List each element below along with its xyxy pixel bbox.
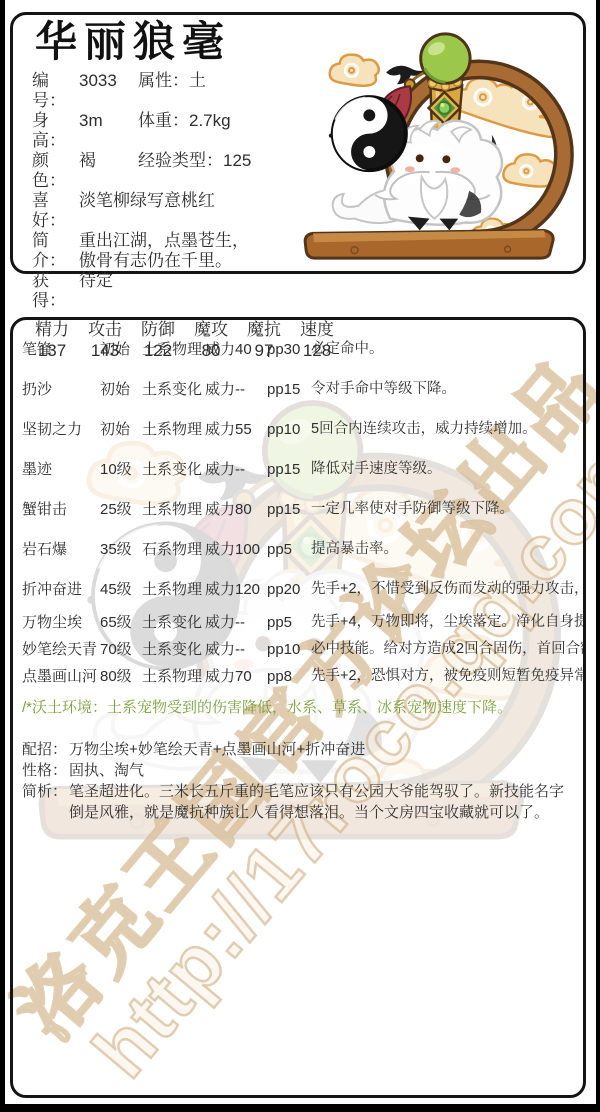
info-value: 3033: [79, 71, 138, 111]
stat-value: 122: [138, 341, 178, 360]
skill-name: 坚韧之力: [22, 416, 100, 443]
skill-description: 降低对手速度等级。: [311, 456, 448, 483]
skill-row: 蟹钳击 25级 土系物理 威力80 pp15 一定几率使对手防御等级下降。: [22, 496, 575, 523]
skill-level: 初始: [100, 416, 142, 443]
recommended-moves-row: 配招： 万物尘埃+妙笔绘天青+点墨画山河+折冲奋进: [22, 739, 583, 760]
footer-label: 性格：: [22, 760, 69, 781]
footer-value: 笔圣超进化。三米长五斤重的毛笔应该只有公园大爷能驾驭了。新技能名字倒是风雅，就是…: [69, 781, 574, 823]
skill-level: 45级: [100, 576, 142, 603]
skill-name: 扔沙: [22, 376, 100, 403]
skill-type: 土系变化: [142, 376, 205, 403]
analysis-row: 简析： 笔圣超进化。三米长五斤重的毛笔应该只有公园大爷能驾驭了。新技能名字倒是风…: [22, 781, 583, 823]
skill-name: 墨迹: [22, 456, 100, 483]
skill-description: 先手+2，恐惧对方，被免疫则短暂免疫异常。倒置对方强化等级，若倒置失败则恢复自身…: [311, 663, 586, 690]
skill-row: 妙笔绘天青 70级 土系变化 威力-- pp10 必中技能。给对方造成2回合固伤…: [22, 636, 575, 663]
skill-power: 威力--: [205, 636, 267, 663]
page-edge-left: [0, 0, 5, 1112]
base-plank: [305, 230, 553, 258]
skill-type: 土系物理: [142, 576, 205, 603]
skill-level: 初始: [100, 376, 142, 403]
skill-pp: pp15: [267, 456, 311, 483]
footer-label: 简析：: [22, 781, 69, 823]
footer-label: 配招：: [22, 739, 69, 760]
info-value: 褐: [79, 151, 138, 191]
info-value: 待定: [79, 271, 113, 311]
info-row: 获得： 待定: [32, 271, 583, 311]
skill-description: 令对手命中等级下降。: [311, 376, 462, 403]
skill-pp: pp8: [267, 663, 311, 690]
skills-card: 笔锋 初始 土系物理 威力40 pp30 必定命中。 扔沙 初始 土系变化 威力…: [10, 317, 586, 1098]
skill-row: 墨迹 10级 土系变化 威力-- pp15 降低对手速度等级。: [22, 456, 575, 483]
stat-value: 137: [32, 341, 72, 360]
skill-row: 折冲奋进 45级 土系物理 威力120 pp20 先手+2，不惜受到反伤而发动的…: [22, 576, 575, 603]
cloud-icon: [330, 55, 379, 86]
stat-value: 80: [191, 341, 231, 360]
stat-attack: 攻击143: [85, 320, 125, 360]
skill-level: 70级: [100, 636, 142, 663]
page-edge-bottom: [0, 1104, 600, 1112]
skill-name: 岩石爆: [22, 536, 100, 563]
info-label: 获得：: [32, 271, 79, 311]
stat-speed: 速度128: [297, 320, 337, 360]
skill-description: 必中技能。给对方造成2回合固伤，首回合额外删除对方最近使用技能PP值；末回合回复…: [311, 636, 586, 663]
cloud-icon: [503, 154, 556, 186]
info-value: 2.7kg: [189, 111, 231, 151]
info-value: 淡笔柳绿写意桃红: [79, 191, 215, 231]
skill-level: 25级: [100, 496, 142, 523]
skill-name: 折冲奋进: [22, 576, 100, 603]
info-label: 属性：: [138, 71, 189, 111]
stat-label: 攻击: [88, 320, 122, 339]
info-label: 体重：: [138, 111, 189, 151]
skill-type: 土系物理: [142, 416, 205, 443]
info-label: 经验类型：: [138, 151, 223, 191]
skill-description: 5回合内连续攻击，威力持续增加。: [311, 416, 543, 443]
skill-name: 蟹钳击: [22, 496, 100, 523]
info-value: 重出江湖，点墨苍生，傲骨有志仍在千里。: [79, 231, 259, 271]
eye: [416, 154, 424, 162]
skill-description: 提高暴击率。: [311, 536, 404, 563]
stat-magic-attack: 魔攻80: [191, 320, 231, 360]
skill-pp: pp15: [267, 496, 311, 523]
skill-description: 一定几率使对手防御等级下降。: [311, 496, 520, 523]
pet-summary-card: 华丽狼毫 编号： 3033 属性： 土 身高： 3m 体重： 2.7kg 颜色：…: [10, 12, 586, 274]
stat-magic-defense: 魔抗97: [244, 320, 284, 360]
skill-type: 土系物理: [142, 496, 205, 523]
skill-row: 坚韧之力 初始 土系物理 威力55 pp10 5回合内连续攻击，威力持续增加。: [22, 416, 575, 443]
stat-label: 魔攻: [194, 320, 228, 339]
info-value: 土: [189, 71, 206, 111]
skill-row: 岩石爆 35级 石系物理 威力100 pp5 提高暴击率。: [22, 536, 575, 563]
stat-label: 防御: [141, 320, 175, 339]
skill-power: 威力70: [205, 663, 267, 690]
skill-pp: pp10: [267, 636, 311, 663]
footer-value: 万物尘埃+妙笔绘天青+点墨画山河+折冲奋进: [69, 739, 574, 760]
skill-type: 石系物理: [142, 536, 205, 563]
info-label: 颜色：: [32, 151, 79, 191]
skill-pp: pp20: [267, 576, 311, 603]
skill-name: 点墨画山河: [22, 663, 100, 690]
skill-power: 威力80: [205, 496, 267, 523]
skill-level: 35级: [100, 536, 142, 563]
skill-name: 万物尘埃: [22, 609, 100, 636]
eye: [442, 155, 450, 163]
skill-power: 威力--: [205, 376, 267, 403]
skill-pp: pp10: [267, 416, 311, 443]
skills-table: 笔锋 初始 土系物理 威力40 pp30 必定命中。 扔沙 初始 土系变化 威力…: [13, 320, 583, 690]
skill-power: 威力--: [205, 456, 267, 483]
skill-description: 先手+4，万物即将，尘埃落定。净化自身提升1级速度，4回合内免疫异常和负面强化并…: [311, 609, 586, 636]
info-label: 编号：: [32, 71, 79, 111]
skill-pp: pp5: [267, 536, 311, 563]
skill-power: 威力120: [205, 576, 267, 603]
skill-level: 10级: [100, 456, 142, 483]
stat-label: 魔抗: [247, 320, 281, 339]
stat-hp: 精力137: [32, 320, 72, 360]
skill-row: 扔沙 初始 土系变化 威力-- pp15 令对手命中等级下降。: [22, 376, 575, 403]
environment-note: /*沃土环境：土系宠物受到的伤害降低，水系、草系、冰系宠物速度下降。: [22, 694, 583, 721]
skill-row: 点墨画山河 80级 土系物理 威力70 pp8 先手+2，恐惧对方，被免疫则短暂…: [22, 663, 575, 690]
stat-value: 97: [244, 341, 284, 360]
info-value: 3m: [79, 111, 138, 151]
stat-label: 精力: [35, 320, 69, 339]
skill-name: 妙笔绘天青: [22, 636, 100, 663]
stat-defense: 防御122: [138, 320, 178, 360]
footer-value: 固执、淘气: [69, 760, 574, 781]
pet-card-page: 华丽狼毫 编号： 3033 属性： 土 身高： 3m 体重： 2.7kg 颜色：…: [0, 0, 600, 1112]
skill-row: 万物尘埃 65级 土系变化 威力-- pp5 先手+4，万物即将，尘埃落定。净化…: [22, 609, 575, 636]
skill-power: 威力--: [205, 609, 267, 636]
skill-pp: pp15: [267, 376, 311, 403]
skill-type: 土系变化: [142, 456, 205, 483]
info-label: 身高：: [32, 111, 79, 151]
page-edge-right: [596, 0, 600, 1112]
stat-label: 速度: [300, 320, 334, 339]
skill-pp: pp5: [267, 609, 311, 636]
personality-row: 性格： 固执、淘气: [22, 760, 583, 781]
summary-section: 配招： 万物尘埃+妙笔绘天青+点墨画山河+折冲奋进 性格： 固执、淘气 简析： …: [22, 739, 583, 823]
stat-value: 128: [297, 341, 337, 360]
stat-value: 143: [85, 341, 125, 360]
skill-power: 威力100: [205, 536, 267, 563]
skill-type: 土系变化: [142, 609, 205, 636]
info-label: 简介：: [32, 231, 79, 271]
stats-table: 精力137 攻击143 防御122 魔攻80 魔抗97 速度128: [32, 320, 583, 360]
skill-level: 80级: [100, 663, 142, 690]
info-label: 喜好：: [32, 191, 79, 231]
skill-power: 威力55: [205, 416, 267, 443]
info-value: 125: [223, 151, 251, 191]
skill-type: 土系变化: [142, 636, 205, 663]
yin-yang-icon: [333, 97, 406, 170]
skill-description: 先手+2，不惜受到反伤而发动的强力攻击，会从物攻和速度等级中享受加成。: [311, 576, 586, 603]
skill-type: 土系物理: [142, 663, 205, 690]
skill-level: 65级: [100, 609, 142, 636]
pet-illustration: [295, 23, 577, 265]
